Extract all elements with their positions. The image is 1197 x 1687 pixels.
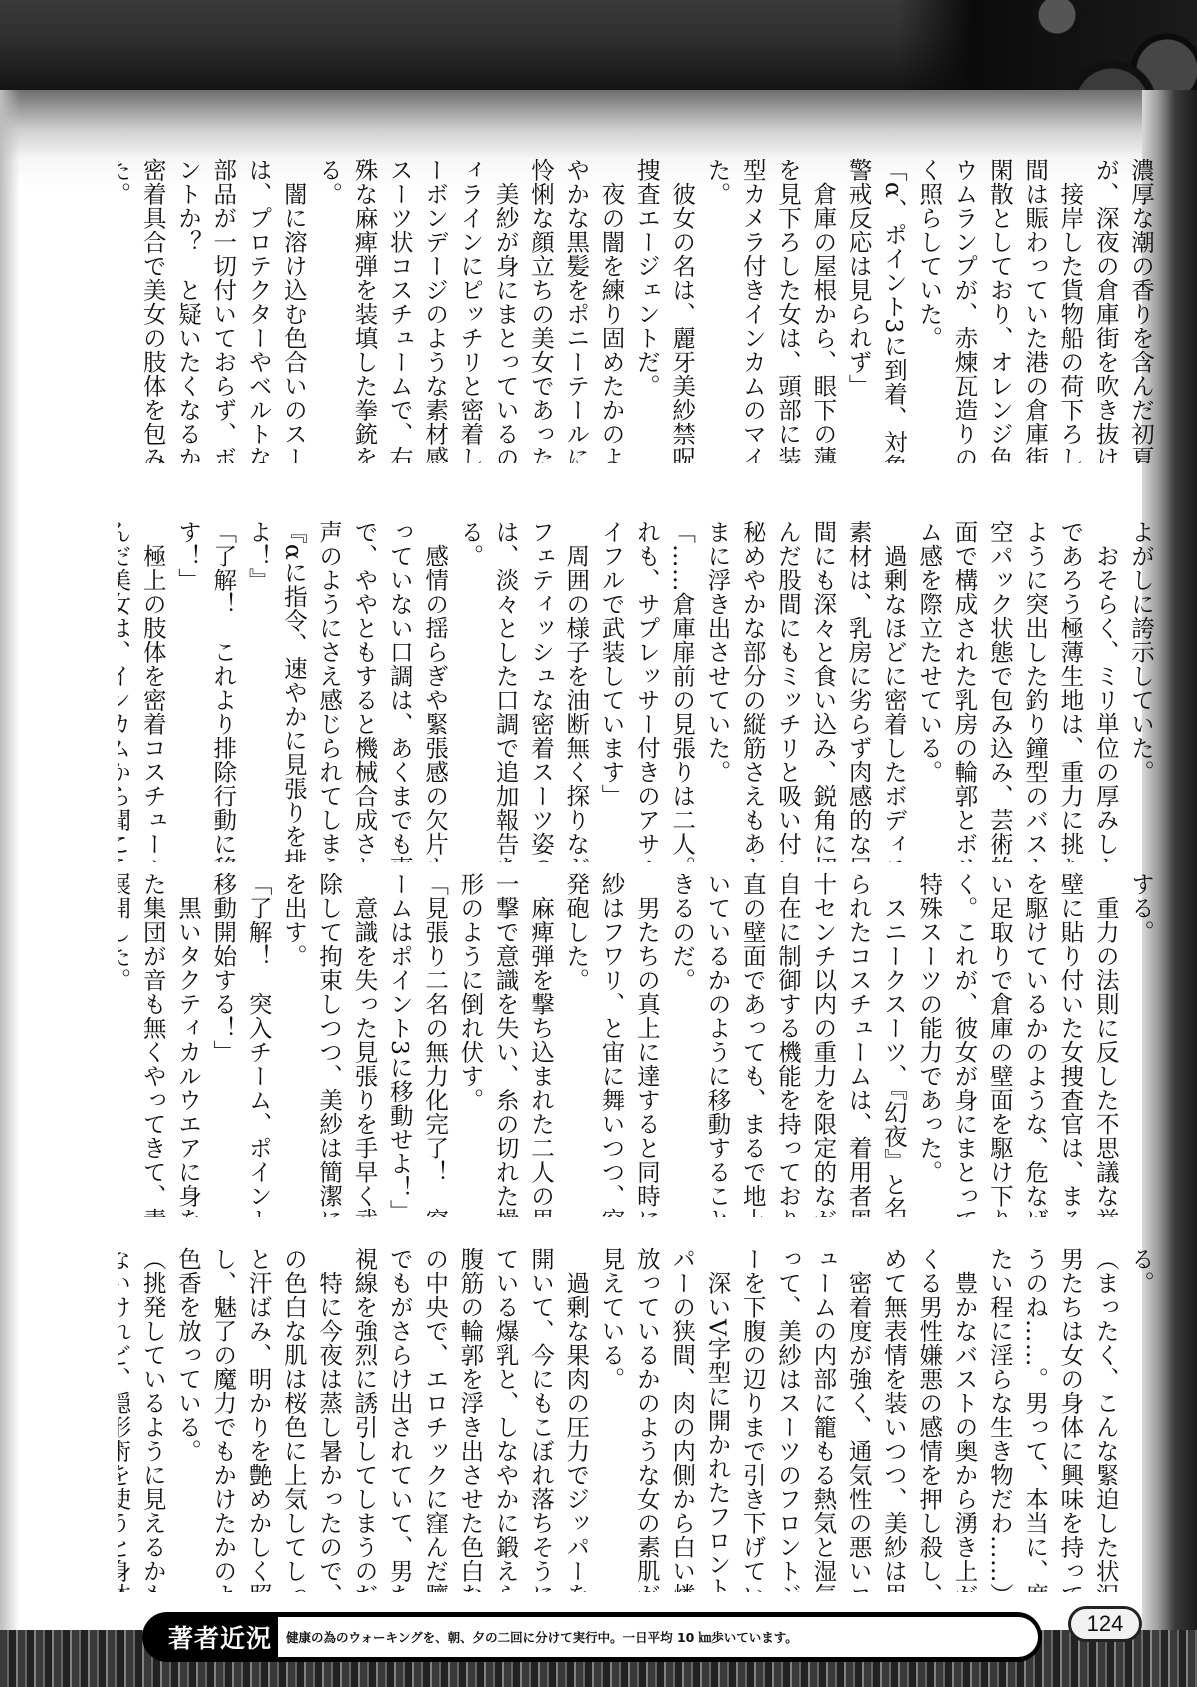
text-column: 「了解！ これより排除行動に移りま <box>205 520 240 862</box>
text-column: って、美紗はスーツのフロントジッパ <box>770 1247 805 1592</box>
text-column: ーを下腹の辺りまで引き下げていた。 <box>734 1247 769 1592</box>
paper-shadow <box>0 90 20 1630</box>
text-column: 壁に貼り付いた女捜査官は、まるで地 <box>1052 872 1087 1217</box>
text-column: 空パック状態で包み込み、芸術的な曲 <box>982 520 1017 862</box>
text-column: 素材は、乳房に劣らず肉感的な尻の谷 <box>840 520 875 862</box>
text-column: 重力の法則に反した不思議な挙動で <box>1087 872 1122 1217</box>
text-column: 「……倉庫扉前の見張りは二人。いず <box>664 520 699 862</box>
page-number: 124 <box>1068 1606 1142 1642</box>
text-column: ュームの内部に籠もる熱気と湿気を嫌 <box>805 1247 840 1592</box>
novel-page: 濃厚な潮の香りを含んだ初夏の海風が、深夜の倉庫街を吹き抜けてゆく。 接岸した貨物… <box>0 0 1197 1687</box>
text-column: 美紗が身にまとっているのは、ボデ <box>487 158 522 463</box>
text-column: 直の壁面であっても、まるで地上を歩 <box>734 872 769 1217</box>
text-column: 色香を放っている。 <box>170 1247 205 1592</box>
text-column: 紗はフワリ、と宙に舞いつつ、空中で <box>593 872 628 1217</box>
text-band-middle: よがしに誇示していた。 おそらく、ミリ単位の厚みしか無いであろう極薄生地は、重力… <box>118 520 1158 862</box>
text-column: 間は賑わっていた港の倉庫街も、今は <box>1017 158 1052 463</box>
text-column: ないけれど、穏形術を使うと身体の内 <box>118 1247 134 1592</box>
text-column: 一撃で意識を失い、糸の切れた操り人 <box>487 872 522 1217</box>
text-column: 見えている。 <box>593 1247 628 1592</box>
text-column: い足取りで倉庫の壁面を駆け下りてゆ <box>982 872 1017 1217</box>
text-column: 面で構成された乳房の輪郭とボリュー <box>946 520 981 862</box>
text-column: 麻痺弾を撃ち込まれた二人の男は、 <box>523 872 558 1217</box>
text-column: スニークスーツ、『幻夜』と名付け <box>876 872 911 1217</box>
text-column: であろう極薄生地は、重力に挑むかの <box>1052 520 1087 862</box>
text-column: いているかのように移動することがで <box>699 872 734 1217</box>
text-column: 豊かなバストの奥から湧き上がって <box>946 1247 981 1592</box>
text-column: 極上の肢体を密着コスチュームに包 <box>134 520 169 862</box>
text-column: 腹筋の輪郭を浮き出させた色白な腹部 <box>452 1247 487 1592</box>
text-column: の中央で、エロチックに窪んだ臍穴ま <box>417 1247 452 1592</box>
author-note-label: 著者近況 <box>142 1619 278 1655</box>
text-column: 自在に制御する機能を持っており、垂 <box>770 872 805 1217</box>
text-column: 倉庫の屋根から、眼下の薄暗い路地 <box>805 158 840 463</box>
text-column: は、プロテクターやベルトなどの外装 <box>240 158 275 463</box>
text-column: 彼女の名は、麗牙美紗禁呪封印局の <box>664 158 699 463</box>
text-column: フェティッシュな密着スーツ姿の美女 <box>523 520 558 862</box>
text-column: うのね……。男って、本当に、度しが <box>1017 1247 1052 1592</box>
text-column: る。 <box>311 158 346 463</box>
text-column: を見下ろした女は、頭部に装着した小 <box>770 158 805 463</box>
text-column: （まったく、こんな緊迫した状況でも、 <box>1087 1247 1122 1592</box>
text-column: 男たちは女の身体に興味を持ってしま <box>1052 1247 1087 1592</box>
text-column: 特に今夜は蒸し暑かったので、美紗 <box>311 1247 346 1592</box>
text-column: 男たちの真上に達すると同時に、美 <box>629 872 664 1217</box>
text-column: 十センチ以内の重力を限定的ながらも <box>805 872 840 1217</box>
text-column: イフルで武装しています」 <box>593 520 628 862</box>
text-column: 『αに指令、速やかに見張りを排除せ <box>276 520 311 862</box>
text-column: 夜の闇を練り固めたかのような、艶 <box>593 158 628 463</box>
text-column: れも、サプレッサー付きのアサルトラ <box>629 520 664 862</box>
text-column: る。 <box>1123 1247 1158 1592</box>
author-note-text: 健康の為のウォーキングを、朝、夕の二回に分けて実行中。一日平均 10 ㎞歩いてい… <box>286 1628 798 1646</box>
text-column: 間にも深々と食い込み、鋭角に切れ込 <box>805 520 840 862</box>
text-column: られたコスチュームは、着用者周囲数 <box>840 872 875 1217</box>
text-column: パーの狭間、肉の内側から白い燐光を <box>664 1247 699 1592</box>
text-column: めて無表情を装いつつ、美紗は思う。 <box>876 1247 911 1592</box>
text-column: っていない口調は、あくまでも事務的 <box>381 520 416 862</box>
text-column: 放っているかのような女の素肌が垣間 <box>629 1247 664 1592</box>
text-column: 形のように倒れ伏す。 <box>452 872 487 1217</box>
text-column: よがしに誇示していた。 <box>1123 520 1158 862</box>
text-column: ーボンデージのような素材感のボディ <box>417 158 452 463</box>
text-column: 型カメラ付きインカムのマイクに囁い <box>734 158 769 463</box>
text-column: まに浮き出させていた。 <box>699 520 734 862</box>
author-note-box: 健康の為のウォーキングを、朝、夕の二回に分けて実行中。一日平均 10 ㎞歩いてい… <box>278 1617 1038 1657</box>
text-column: 深いV字型に開かれたフロントジッ <box>699 1247 734 1592</box>
text-column: 警戒反応は見られず」 <box>840 158 875 463</box>
text-column: 「α、ポイント3に到着、対象周辺に <box>876 158 911 463</box>
text-column: 捜査エージェントだ。 <box>629 158 664 463</box>
text-column: 怜悧な顔立ちの美女であった。 <box>523 158 558 463</box>
text-column: 部品が一切付いておらず、ボディペイ <box>205 158 240 463</box>
text-column: 閑散としており、オレンジ色のナトリ <box>982 158 1017 463</box>
text-column: くる男性嫌悪の感情を押し殺し、つと <box>911 1247 946 1592</box>
text-column: 開いて、今にもこぼれ落ちそうになっ <box>523 1247 558 1592</box>
text-column: ム感を際立たせている。 <box>911 520 946 862</box>
text-column: で、ややともすると機械合成された音 <box>346 520 381 862</box>
text-column: 密着度が強く、通気性の悪いコスチ <box>840 1247 875 1592</box>
text-column: 黒いタクティカルウエアに身を固め <box>170 872 205 1217</box>
text-column: は、淡々とした口調で追加報告を入れ <box>487 520 522 862</box>
text-column: たい程に淫らな生き物だわ……） <box>982 1247 1017 1592</box>
text-column: 除して拘束しつつ、美紗は簡潔に指示 <box>311 872 346 1217</box>
text-column: きるのだ。 <box>664 872 699 1217</box>
text-column: た集団が音も無くやってきて、素早く <box>134 872 169 1217</box>
text-band-middle-lower: する。 重力の法則に反した不思議な挙動で壁に貼り付いた女捜査官は、まるで地を駆け… <box>118 872 1158 1217</box>
text-column: く照らしていた。 <box>911 158 946 463</box>
text-column: ィラインにピッチリと密着した、ラバ <box>452 158 487 463</box>
text-column: 感情の揺らぎや緊張感の欠片も混じ <box>417 520 452 862</box>
text-column: 秘めやかな部分の縦筋さえもあからさ <box>734 520 769 862</box>
text-column: 視線を強烈に誘引してしまうのだ。 <box>346 1247 381 1592</box>
text-column: 過剰なほどに密着したボディスーツ <box>876 520 911 862</box>
text-column: 「見張り二名の無力化完了！ 突入チ <box>417 872 452 1217</box>
text-column: る。 <box>452 520 487 862</box>
text-column: 移動開始する！」 <box>205 872 240 1217</box>
text-column: 展開した。 <box>118 872 134 1217</box>
text-column: 発砲した。 <box>558 872 593 1217</box>
text-band-top: 濃厚な潮の香りを含んだ初夏の海風が、深夜の倉庫街を吹き抜けてゆく。 接岸した貨物… <box>118 158 1158 463</box>
text-column: 周囲の様子を油断無く探りながら、 <box>558 520 593 862</box>
text-column: 意識を失った見張りを手早く武装解 <box>346 872 381 1217</box>
text-column: 声のようにさえ感じられてしまう。 <box>311 520 346 862</box>
text-column: ウムランプが、赤煉瓦造りの壁を寂し <box>946 158 981 463</box>
text-column: を駆けているかのような、危なげの無 <box>1017 872 1052 1217</box>
text-column: ように突出した釣り鐘型のバストを真 <box>1017 520 1052 862</box>
text-column: （挑発しているように見えるかもしれ <box>134 1247 169 1592</box>
text-column: を出す。 <box>276 872 311 1217</box>
text-column: の色白な肌は桜色に上気してしっとり <box>276 1247 311 1592</box>
text-column: スーツ状コスチュームで、右手には特 <box>381 158 416 463</box>
text-band-bottom: る。（まったく、こんな緊迫した状況でも、男たちは女の身体に興味を持ってしまうのね… <box>118 1247 1158 1592</box>
text-column: んだ股間にもミッチリと吸い付いて、 <box>770 520 805 862</box>
text-column: ントか？ と疑いたくなるかのような <box>170 158 205 463</box>
text-column: と汗ばみ、明かりを艶めかしく照り返 <box>240 1247 275 1592</box>
text-column: よ！』 <box>240 520 275 862</box>
text-column: 接岸した貨物船の荷下ろし作業で昼 <box>1052 158 1087 463</box>
text-column: んだ美女は、インカムから聞こえた命 <box>118 520 134 862</box>
text-column: おそらく、ミリ単位の厚みしか無い <box>1087 520 1122 862</box>
text-column: 濃厚な潮の香りを含んだ初夏の海風 <box>1123 158 1158 463</box>
text-column: す！」 <box>170 520 205 862</box>
text-column: 過剰な果肉の圧力でジッパーを押し <box>558 1247 593 1592</box>
text-column: やかな黒髪をポニーテールにまとめた、 <box>558 158 593 463</box>
text-column: が、深夜の倉庫街を吹き抜けてゆく。 <box>1087 158 1122 463</box>
text-column: く。これが、彼女が身にまとっている <box>946 872 981 1217</box>
text-column: ームはポイント3に移動せよ！」 <box>381 872 416 1217</box>
text-column: 特殊スーツの能力であった。 <box>911 872 946 1217</box>
text-column: でもがさらけ出されていて、男たちの <box>381 1247 416 1592</box>
text-column: 「了解！ 突入チーム、ポイント3に <box>240 872 275 1217</box>
text-column: 闇に溶け込む色合いのスーツ表面に <box>276 158 311 463</box>
text-column: た。 <box>118 158 134 463</box>
text-column: し、魅了の魔力でもかけたかのような <box>205 1247 240 1592</box>
author-note-bar: 著者近況 健康の為のウォーキングを、朝、夕の二回に分けて実行中。一日平均 10 … <box>142 1612 1042 1662</box>
text-column: 殊な麻痺弾を装填した拳銃を握ってい <box>346 158 381 463</box>
text-column: 密着具合で美女の肢体を包み込んでい <box>134 158 169 463</box>
text-column: する。 <box>1123 872 1158 1217</box>
text-column: た。 <box>699 158 734 463</box>
text-column: ている爆乳と、しなやかに鍛えられた <box>487 1247 522 1592</box>
